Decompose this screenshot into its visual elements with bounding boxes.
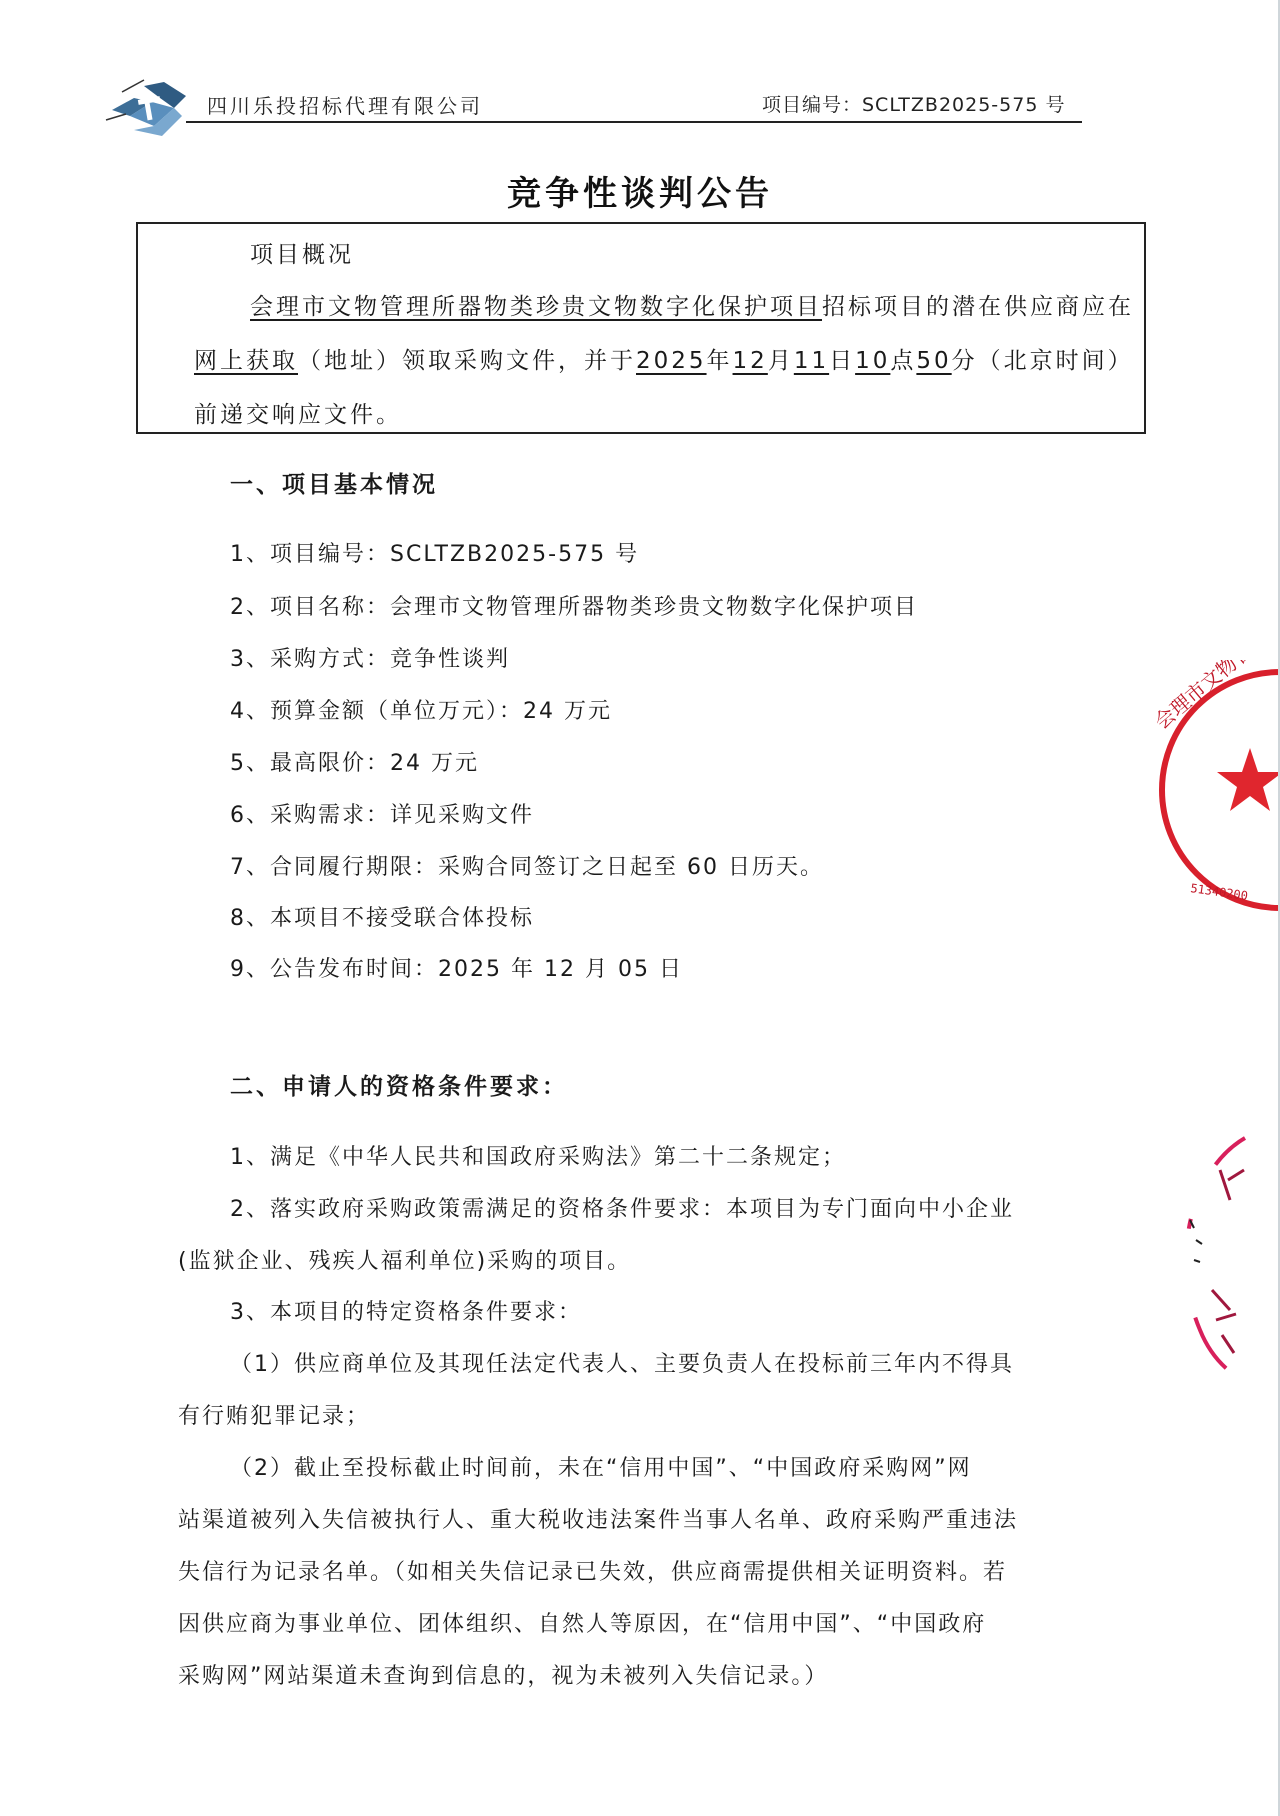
qualification-line: 因供应商为事业单位、团体组织、自然人等原因，在“信用中国”、“中国政府 [178,1607,986,1638]
qualification-line: (监狱企业、残疾人福利单位)采购的项目。 [178,1244,631,1275]
deadline-minute: 50 [916,348,951,374]
summary-line-3: 前递交响应文件。 [194,396,402,429]
document-title: 竞争性谈判公告 [0,166,1280,215]
company-logo-icon [104,76,192,140]
svg-text:51340200: 51340200 [1190,881,1249,903]
summary-text: （地址）领取采购文件，并于 [298,348,636,374]
header-divider [186,121,1082,123]
summary-line-2: 网上获取（地址）领取采购文件，并于2025年12月11日10点50分（北京时间） [194,342,1134,375]
basic-info-item: 5、最高限价：24 万元 [230,746,479,777]
official-seal-icon: 会理市文物管理所 51340200 [1110,660,1280,920]
deadline-day: 11 [794,348,829,374]
unit-text: 点 [890,348,916,374]
basic-info-item: 2、项目名称：会理市文物管理所器物类珍贵文物数字化保护项目 [230,590,918,621]
deadline-hour: 10 [855,348,890,374]
summary-text: 招标项目的潜在供应商应在 [822,294,1134,320]
deadline-year: 2025 [636,348,707,374]
summary-line-1: 会理市文物管理所器物类珍贵文物数字化保护项目招标项目的潜在供应商应在 [250,288,1134,321]
section-2-heading: 二、申请人的资格条件要求： [230,1068,568,1101]
qualification-line: （1）供应商单位及其现任法定代表人、主要负责人在投标前三年内不得具 [230,1347,1014,1378]
basic-info-item: 7、合同履行期限：采购合同签订之日起至 60 日历天。 [230,850,824,881]
basic-info-item: 3、采购方式：竞争性谈判 [230,642,510,673]
unit-text: 月 [768,348,794,374]
obtain-online-underlined: 网上获取 [194,348,298,374]
qualification-line: 站渠道被列入失信被执行人、重大税收违法案件当事人名单、政府采购严重违法 [178,1503,1018,1534]
basic-info-item: 6、采购需求：详见采购文件 [230,798,534,829]
qualification-line: 3、本项目的特定资格条件要求： [230,1295,582,1326]
qualification-line: 有行贿犯罪记录； [178,1399,370,1430]
deadline-month: 12 [733,348,768,374]
unit-text: 分（北京时间） [952,348,1134,374]
basic-info-item: 1、项目编号：SCLTZB2025-575 号 [230,537,639,568]
company-name: 四川乐投招标代理有限公司 [207,90,483,119]
qualification-line: 采购网”网站渠道未查询到信息的，视为未被列入失信记录。） [178,1659,828,1690]
document-page: 四川乐投招标代理有限公司 项目编号：SCLTZB2025-575 号 竞争性谈判… [0,0,1280,1816]
unit-text: 年 [707,348,733,374]
qualification-line: 1、满足《中华人民共和国政府采购法》第二十二条规定； [230,1140,846,1171]
section-1-heading: 一、项目基本情况 [230,466,438,499]
qualification-line: 失信行为记录名单。（如相关失信记录已失效，供应商需提供相关证明资料。若 [178,1555,1007,1586]
basic-info-item: 4、预算金额（单位万元）：24 万元 [230,694,612,725]
qualification-line: 2、落实政府采购政策需满足的资格条件要求：本项目为专门面向中小企业 [230,1192,1014,1223]
unit-text: 日 [829,348,855,374]
basic-info-item: 8、本项目不接受联合体投标 [230,901,534,932]
basic-info-item: 9、公告发布时间：2025 年 12 月 05 日 [230,952,683,983]
project-name-underlined: 会理市文物管理所器物类珍贵文物数字化保护项目 [250,294,822,320]
qualification-line: （2）截止至投标截止时间前，未在“信用中国”、“中国政府采购网”网 [230,1451,972,1482]
summary-heading: 项目概况 [250,236,354,269]
partial-seal-icon [1150,1130,1280,1390]
header-project-number: 项目编号：SCLTZB2025-575 号 [762,90,1065,117]
